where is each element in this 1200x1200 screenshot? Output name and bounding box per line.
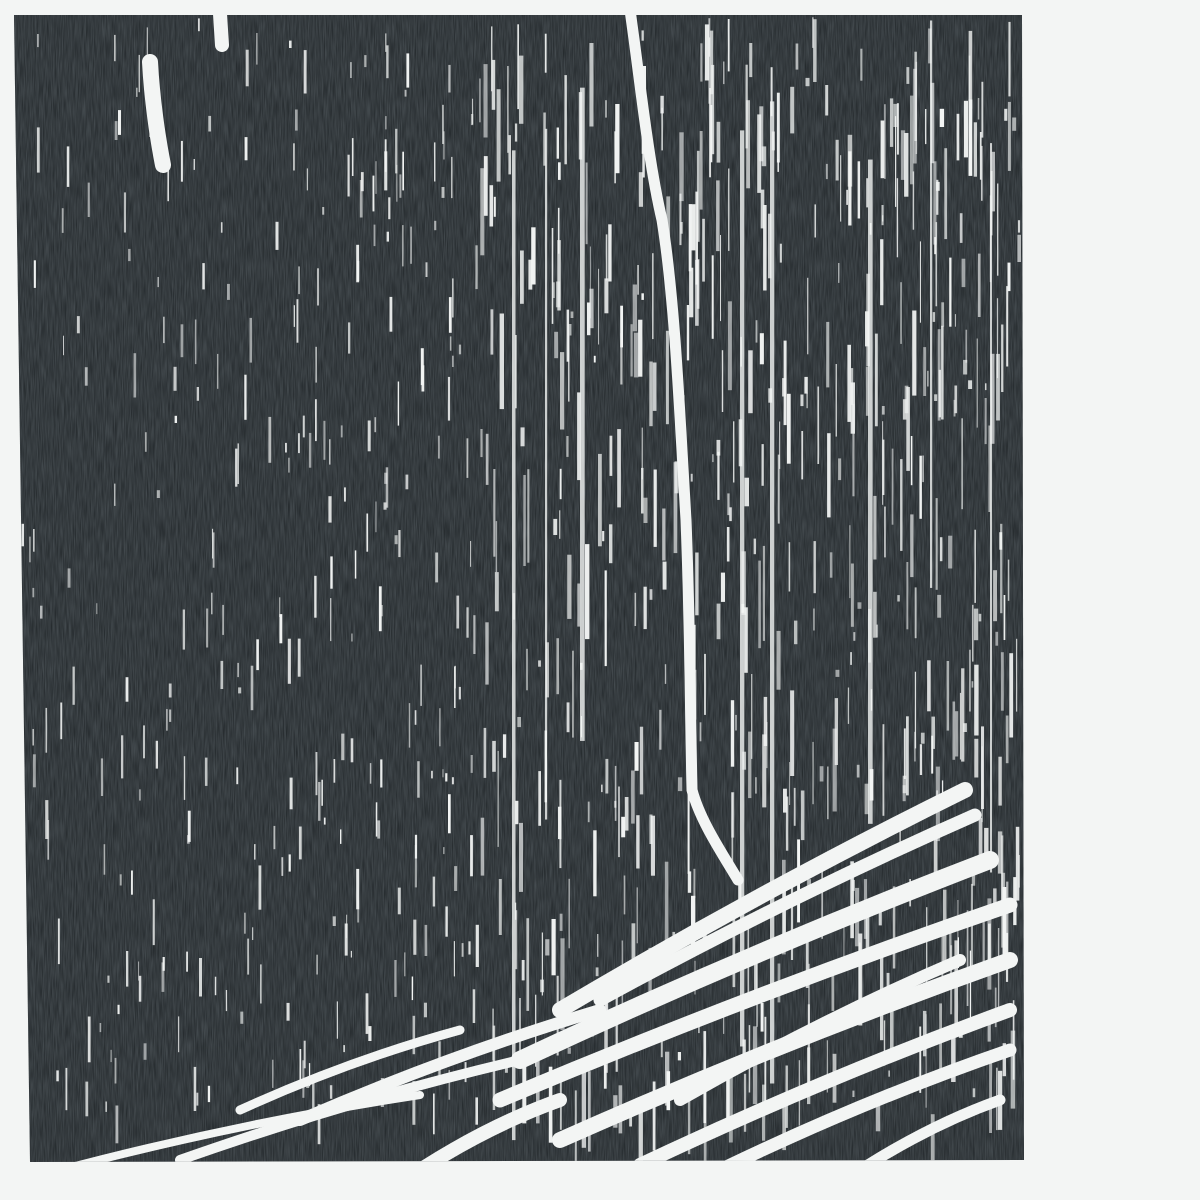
paper-edge-right (1030, 0, 1200, 1200)
print-canvas (0, 0, 1200, 1200)
woodcut-artwork (0, 0, 1200, 1200)
